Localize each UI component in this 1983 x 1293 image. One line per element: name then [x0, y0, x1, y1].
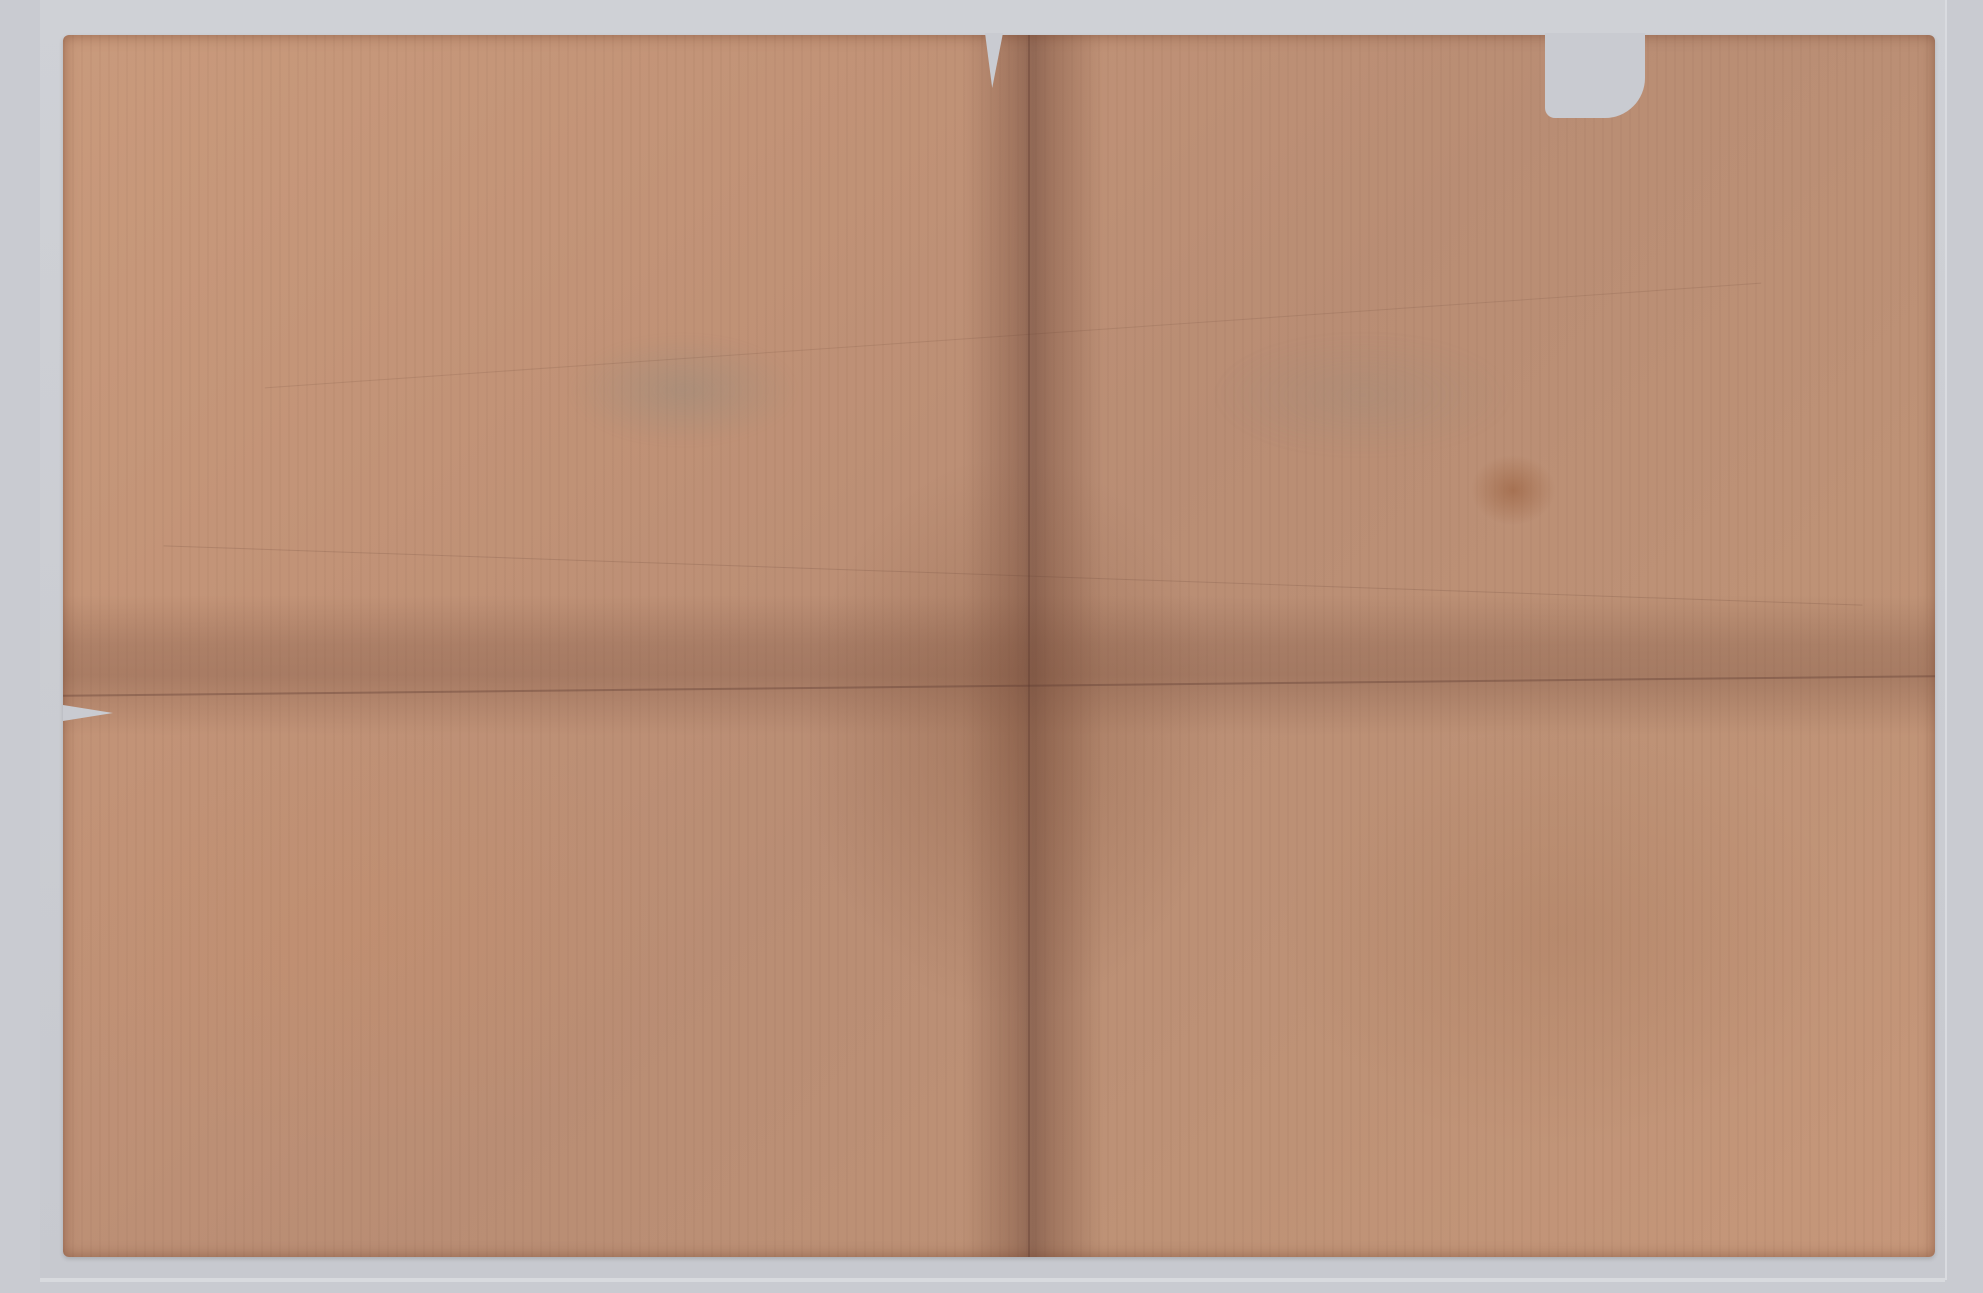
horizontal-fold-crease	[63, 675, 1935, 697]
aged-paper-note	[63, 35, 1935, 1257]
crease-line	[265, 283, 1761, 389]
faded-print-bleedthrough-right	[1213, 335, 1513, 455]
top-right-notch	[1545, 33, 1645, 118]
sleeve-edge	[40, 1278, 1945, 1282]
crease-line	[164, 545, 1863, 605]
vertical-fold-crease	[1028, 35, 1030, 1257]
